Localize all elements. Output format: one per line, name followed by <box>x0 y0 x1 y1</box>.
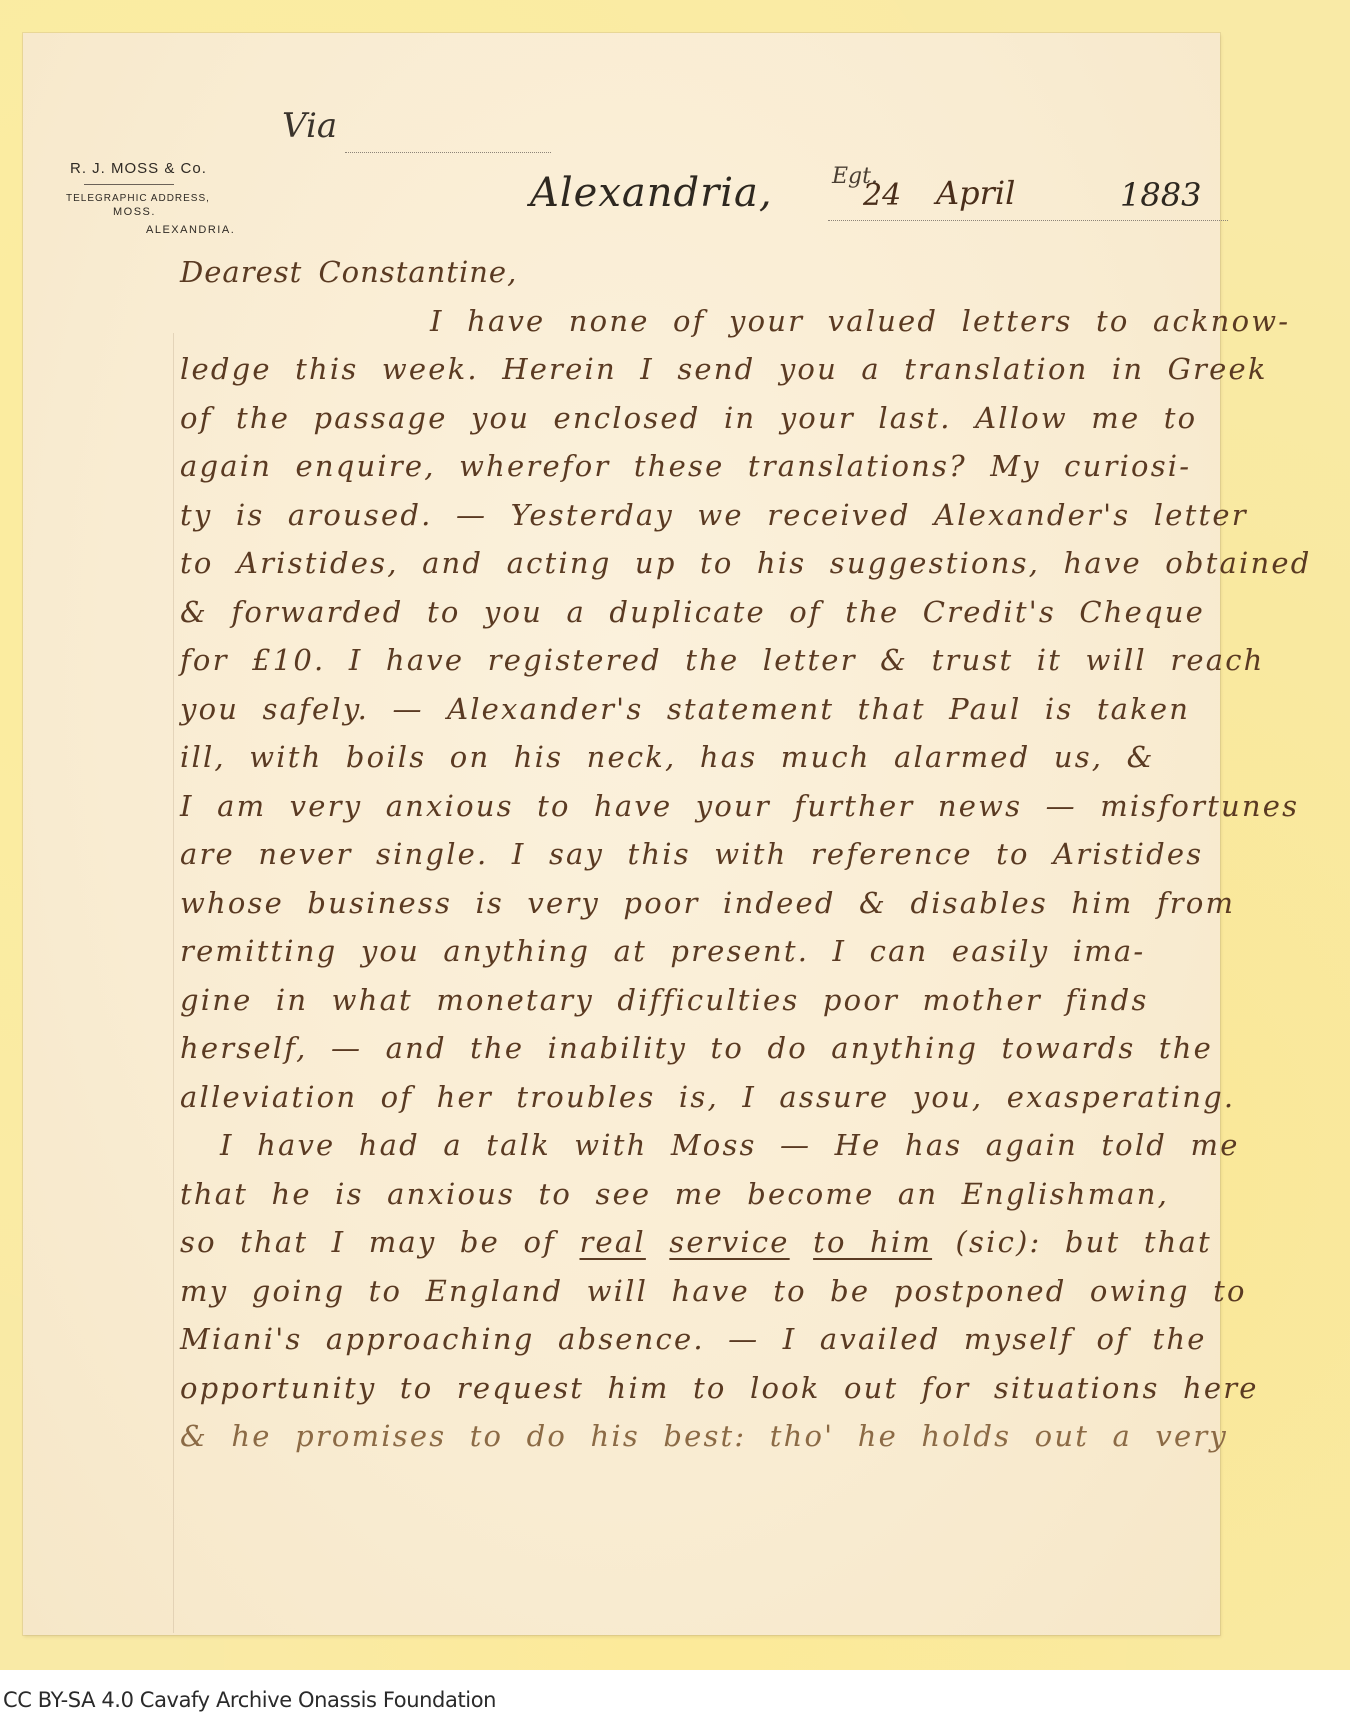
letterhead-telegraphic-label: TELEGRAPHIC ADDRESS, <box>66 193 268 204</box>
letter-line: to Aristides, and acting up to his sugge… <box>180 539 1220 588</box>
via-dotted-line <box>345 152 551 153</box>
license-credit-caption: CC BY-SA 4.0 Cavafy Archive Onassis Foun… <box>3 1688 496 1712</box>
letter-line: again enquire, wherefor these translatio… <box>180 442 1220 491</box>
date-day: 24 <box>863 178 901 213</box>
letter-line-underlined: so that I may be of real service to him … <box>180 1218 1220 1267</box>
salutation: Dearest Constantine, <box>180 248 1220 297</box>
letterhead-company: R. J. MOSS & Co. <box>70 160 268 177</box>
letter-line: remitting you anything at present. I can… <box>180 927 1220 976</box>
letterhead-telegraphic-name: MOSS. <box>113 206 268 218</box>
letterhead-city: ALEXANDRIA. <box>146 224 268 236</box>
letterhead: R. J. MOSS & Co. TELEGRAPHIC ADDRESS, MO… <box>48 160 268 236</box>
letter-line: you safely. — Alexander's statement that… <box>180 685 1220 734</box>
underlined-word-real: real <box>579 1225 645 1259</box>
date-place: Alexandria, <box>530 170 773 216</box>
underlined-word-to-him: to him <box>813 1225 932 1259</box>
letter-line: & forwarded to you a duplicate of the Cr… <box>180 588 1220 637</box>
letter-line: & he promises to do his best: tho' he ho… <box>180 1412 1220 1461</box>
date-dotted-line <box>828 220 1228 221</box>
via-label: Via <box>282 106 337 146</box>
letter-line: ty is aroused. — Yesterday we received A… <box>180 491 1220 540</box>
letter-line: I have had a talk with Moss — He has aga… <box>180 1121 1220 1170</box>
letter-line: ill, with boils on his neck, has much al… <box>180 733 1220 782</box>
dateline: Alexandria, Egt. 24 April 1883 <box>530 170 1230 230</box>
underlined-word-service: service <box>669 1225 789 1259</box>
letter-line: I am very anxious to have your further n… <box>180 782 1220 831</box>
letter-line: for £10. I have registered the letter & … <box>180 636 1220 685</box>
letter-body: Dearest Constantine, I have none of your… <box>180 248 1220 1461</box>
letter-line: are never single. I say this with refere… <box>180 830 1220 879</box>
letter-line: I have none of your valued letters to ac… <box>180 297 1220 346</box>
letter-line: gine in what monetary difficulties poor … <box>180 976 1220 1025</box>
letter-line: opportunity to request him to look out f… <box>180 1364 1220 1413</box>
letter-line: alleviation of her troubles is, I assure… <box>180 1073 1220 1122</box>
date-year: 1883 <box>1120 176 1201 214</box>
letter-line: that he is anxious to see me become an E… <box>180 1170 1220 1219</box>
underlined-after: (sic): but that <box>932 1225 1212 1259</box>
letterhead-divider <box>84 184 174 185</box>
letter-line: of the passage you enclosed in your last… <box>180 394 1220 443</box>
margin-rule <box>173 333 174 1633</box>
letter-line: herself, — and the inability to do anyth… <box>180 1024 1220 1073</box>
date-month: April <box>936 174 1015 212</box>
letter-line: ledge this week. Herein I send you a tra… <box>180 345 1220 394</box>
letter-line: Miani's approaching absence. — I availed… <box>180 1315 1220 1364</box>
underlined-before: so that I may be of <box>180 1225 579 1259</box>
letter-line: whose business is very poor indeed & dis… <box>180 879 1220 928</box>
letter-line: my going to England will have to be post… <box>180 1267 1220 1316</box>
